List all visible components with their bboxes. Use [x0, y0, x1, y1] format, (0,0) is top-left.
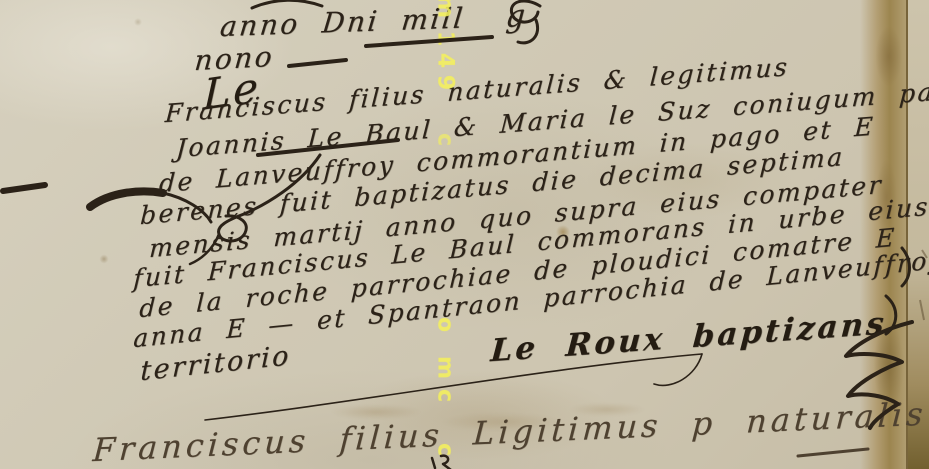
manuscript-scan: anno Dni mill g nono Le Franciscus filiu… [0, 0, 929, 469]
next-entry-dash [798, 449, 868, 456]
heading-year-line: anno Dni mill [219, 1, 467, 43]
anno-dash [366, 37, 492, 46]
watermark-glyph: 4 [433, 48, 458, 74]
bottom-cutoff-marks [432, 456, 451, 469]
left-margin-dash [3, 185, 45, 191]
priest-signature: Le Roux baptizans [489, 305, 887, 369]
heading-year-tail: g [505, 0, 529, 35]
watermark-glyph: m [433, 355, 458, 381]
nono-dash [289, 60, 346, 66]
